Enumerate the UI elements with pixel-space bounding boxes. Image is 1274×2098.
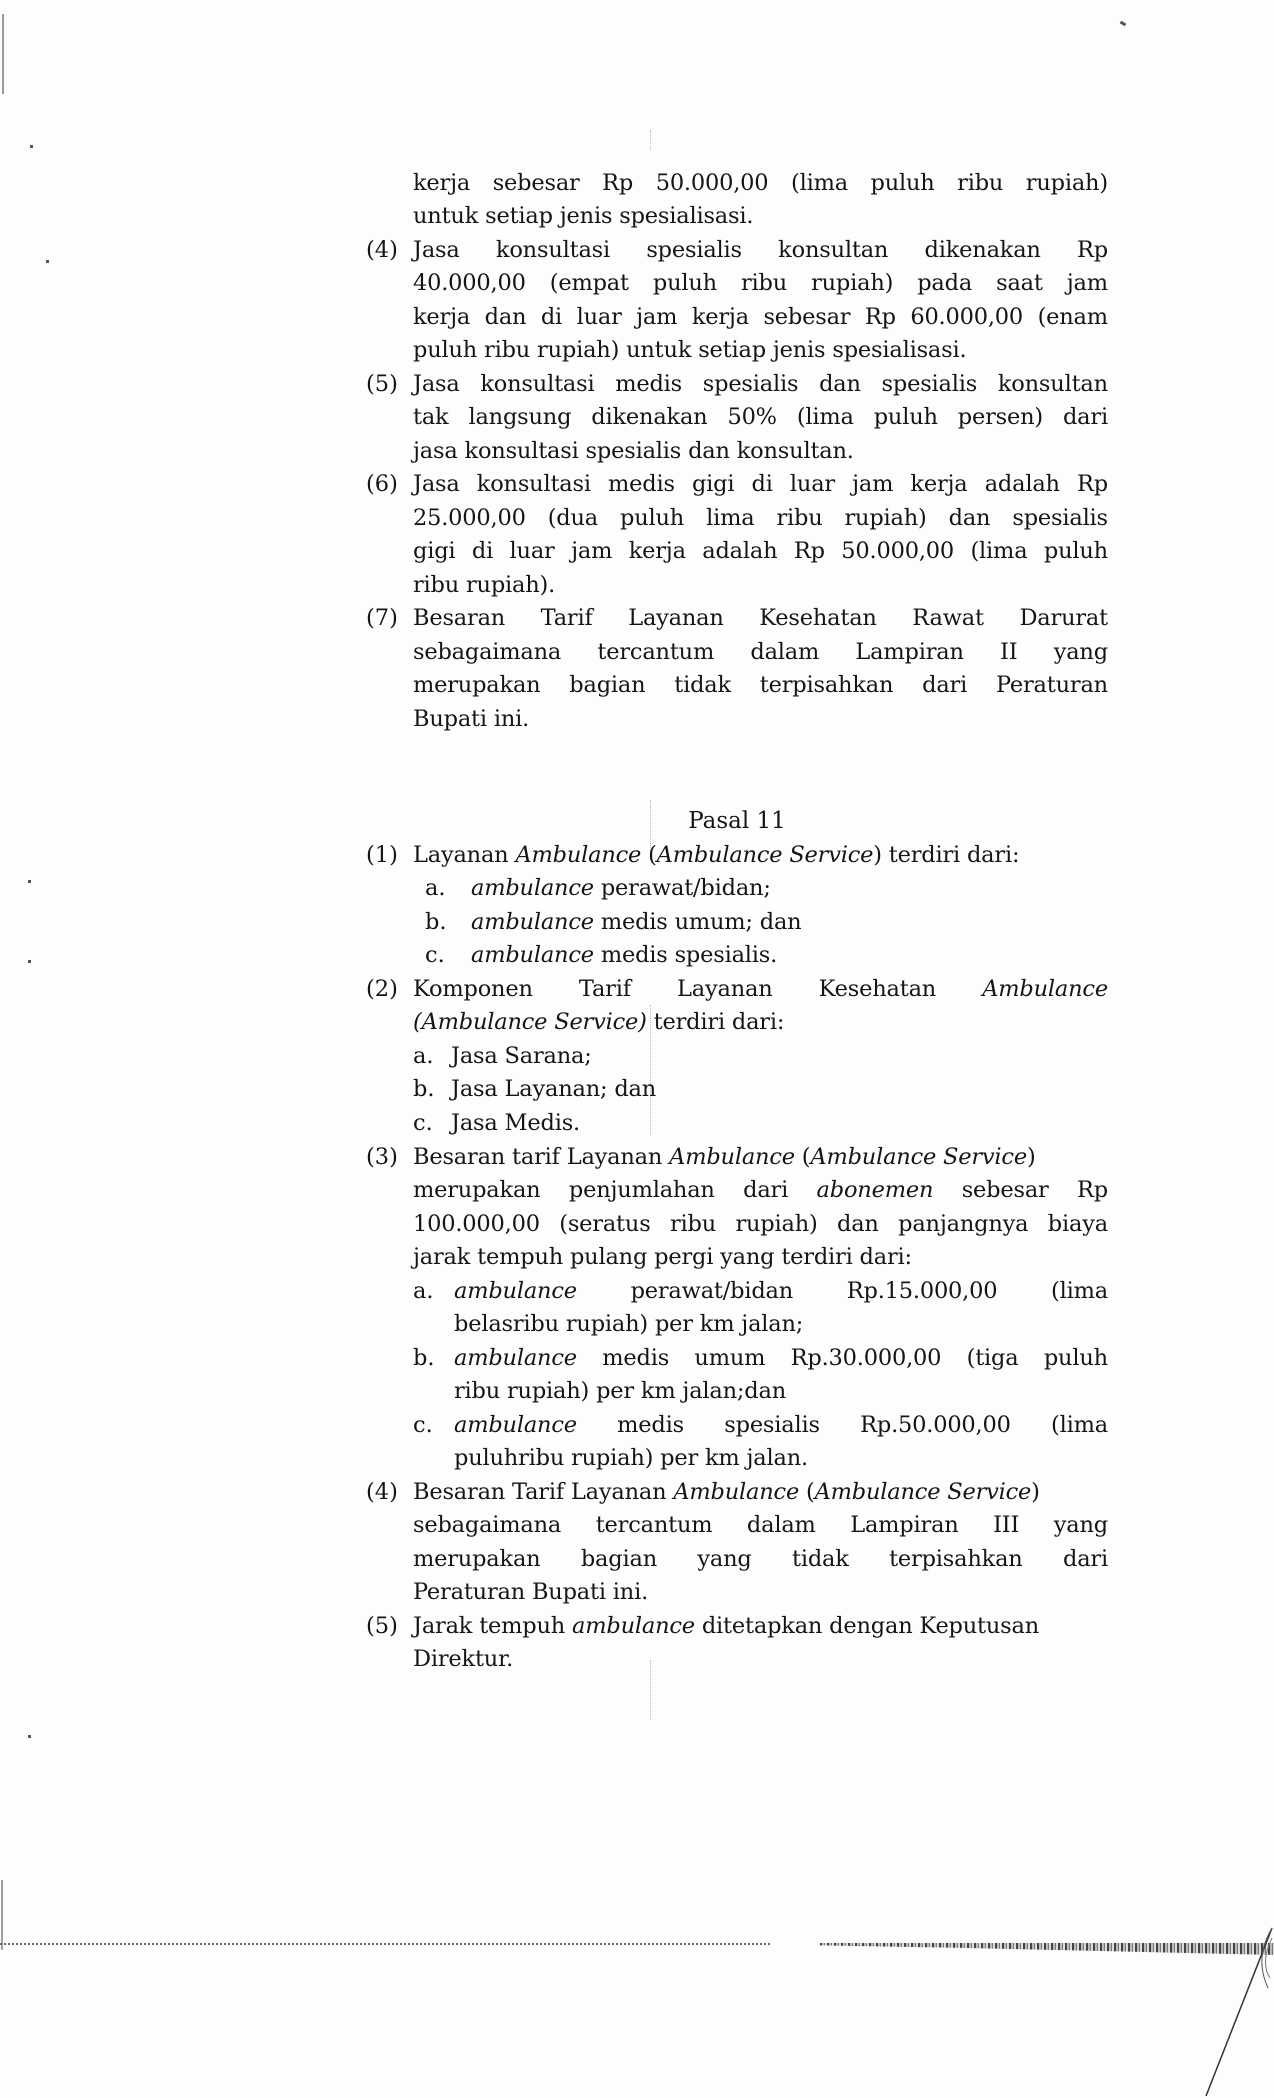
word: medis xyxy=(602,1343,669,1373)
word: panjangnya xyxy=(898,1209,1028,1239)
word: (lima xyxy=(797,402,854,432)
word: merupakan xyxy=(413,1175,540,1205)
word: bagian xyxy=(581,1544,657,1574)
word: di xyxy=(472,536,493,566)
word: dan xyxy=(837,1209,879,1239)
word: terpisahkan xyxy=(760,670,894,700)
list-item: Jasa Sarana; xyxy=(451,1041,592,1071)
word: jam xyxy=(571,536,612,566)
list-marker: b. xyxy=(413,1343,435,1373)
list-marker: c. xyxy=(425,940,445,970)
word: tak xyxy=(413,402,449,432)
word: jam xyxy=(636,302,677,332)
word: lima xyxy=(706,503,754,533)
word: puluh xyxy=(871,168,935,198)
scan-edge-mark xyxy=(2,14,4,94)
word: kerja xyxy=(413,168,470,198)
page-corner-curl xyxy=(1194,1918,1274,2098)
list-item: ambulance perawat/bidan; xyxy=(471,873,771,903)
word: yang xyxy=(1054,637,1108,667)
word: rupiah) xyxy=(1026,168,1108,198)
word: konsultasi xyxy=(496,235,610,265)
word: Jasa xyxy=(413,469,460,499)
scan-speck xyxy=(28,1735,31,1738)
item-number: (1) xyxy=(366,840,398,870)
word: puluh xyxy=(1044,536,1108,566)
word: Rawat xyxy=(912,603,984,633)
word: adalah xyxy=(985,469,1060,499)
text-line: sebagaimanatercantumdalamLampiranIIIyang xyxy=(413,1510,1108,1540)
word: jam xyxy=(852,469,893,499)
word: puluh xyxy=(874,402,938,432)
text-line: Besaran tarif Layanan Ambulance (Ambulan… xyxy=(413,1142,1108,1172)
word: ribu xyxy=(741,268,787,298)
word: 25.000,00 xyxy=(413,503,526,533)
word: Rp xyxy=(1077,235,1108,265)
word: dari xyxy=(1063,1544,1108,1574)
word: spesialis xyxy=(703,369,799,399)
word: Rp xyxy=(1077,469,1108,499)
word: Lampiran xyxy=(850,1510,958,1540)
text-line: kerjadandiluarjamkerjasebesarRp60.000,00… xyxy=(413,302,1108,332)
word: medis xyxy=(608,469,675,499)
item-number: (5) xyxy=(366,369,398,399)
word: (empat xyxy=(550,268,629,298)
word: sebesar xyxy=(763,302,850,332)
word: jam xyxy=(1067,268,1108,298)
text-line: sebagaimanatercantumdalamLampiranIIyang xyxy=(413,637,1108,667)
word: biaya xyxy=(1048,1209,1108,1239)
text-line: 40.000,00(empatpuluhriburupiah)padasaatj… xyxy=(413,268,1108,298)
text-line: 100.000,00(seratusriburupiah)danpanjangn… xyxy=(413,1209,1108,1239)
scanned-page: kerjasebesarRp50.000,00(limapuluhriburup… xyxy=(0,0,1274,2098)
list-item-continuation: belasribu rupiah) per km jalan; xyxy=(454,1309,803,1339)
word: dikenakan xyxy=(591,402,707,432)
word: Rp.50.000,00 xyxy=(860,1410,1011,1440)
word: spesialis xyxy=(724,1410,820,1440)
word: Rp xyxy=(602,168,633,198)
scan-dotted-line xyxy=(650,1660,651,1720)
text-line: Jarak tempuh ambulance ditetapkan dengan… xyxy=(413,1611,1039,1641)
text-line: puluh ribu rupiah) untuk setiap jenis sp… xyxy=(413,335,966,365)
word: ambulance xyxy=(454,1410,577,1440)
list-marker: a. xyxy=(425,873,446,903)
word: rupiah) xyxy=(811,268,893,298)
word: 50.000,00 xyxy=(656,168,769,198)
word: abonemen xyxy=(817,1175,934,1205)
word: sebesar xyxy=(962,1175,1049,1205)
text-line: taklangsungdikenakan50%(limapuluhpersen)… xyxy=(413,402,1108,432)
word: Layanan xyxy=(628,603,723,633)
word: Jasa xyxy=(413,369,460,399)
text-line: jasa konsultasi spesialis dan konsultan. xyxy=(413,436,854,466)
text-line: Layanan Ambulance (Ambulance Service) te… xyxy=(413,840,1019,870)
text-line: 25.000,00(duapuluhlimariburupiah)danspes… xyxy=(413,503,1108,533)
text-line: BesaranTarifLayananKesehatanRawatDarurat xyxy=(413,603,1108,633)
text-line: kerjasebesarRp50.000,00(limapuluhriburup… xyxy=(413,168,1108,198)
word: Jasa xyxy=(413,235,460,265)
list-marker: a. xyxy=(413,1276,434,1306)
word: 50.000,00 xyxy=(841,536,954,566)
item-number: (3) xyxy=(366,1142,398,1172)
word: (seratus xyxy=(559,1209,650,1239)
word: konsultan xyxy=(778,235,888,265)
word: konsultasi xyxy=(477,469,591,499)
word: dalam xyxy=(750,637,819,667)
word: tercantum xyxy=(596,1510,713,1540)
list-item: ambulancemedisumumRp.30.000,00(tigapuluh xyxy=(454,1343,1108,1373)
list-item: Jasa Layanan; dan xyxy=(451,1074,656,1104)
word: dari xyxy=(743,1175,788,1205)
word: luar xyxy=(790,469,835,499)
item-number: (6) xyxy=(366,469,398,499)
word: perawat/bidan xyxy=(631,1276,794,1306)
section-heading: Pasal 11 xyxy=(0,806,1274,836)
word: gigi xyxy=(692,469,734,499)
word: kerja xyxy=(413,302,470,332)
word: Kesehatan xyxy=(759,603,876,633)
word: Tarif xyxy=(579,974,631,1004)
word: (lima xyxy=(1051,1410,1108,1440)
word: spesialis xyxy=(646,235,742,265)
list-marker: c. xyxy=(413,1410,433,1440)
list-marker: a. xyxy=(413,1041,434,1071)
word: ambulance xyxy=(454,1276,577,1306)
text-line: Jasakonsultasispesialiskonsultandikenaka… xyxy=(413,235,1108,265)
word: merupakan xyxy=(413,670,540,700)
word: Rp xyxy=(794,536,825,566)
word: (dua xyxy=(548,503,598,533)
word: penjumlahan xyxy=(569,1175,715,1205)
list-item: Jasa Medis. xyxy=(451,1108,580,1138)
word: dikenakan xyxy=(925,235,1041,265)
word: 40.000,00 xyxy=(413,268,526,298)
word: puluh xyxy=(620,503,684,533)
word: yang xyxy=(697,1544,751,1574)
word: Tarif xyxy=(541,603,593,633)
word: Besaran xyxy=(413,603,505,633)
item-number: (2) xyxy=(366,974,398,1004)
word: Darurat xyxy=(1019,603,1108,633)
word: di xyxy=(541,302,562,332)
word: Ambulance xyxy=(982,974,1108,1004)
text-line: merupakanbagianyangtidakterpisahkandari xyxy=(413,1544,1108,1574)
word: merupakan xyxy=(413,1544,540,1574)
list-item: ambulanceperawat/bidanRp.15.000,00(lima xyxy=(454,1276,1108,1306)
text-line: Jasakonsultasimedisspesialisdanspesialis… xyxy=(413,369,1108,399)
scan-speck xyxy=(28,960,31,963)
word: Komponen xyxy=(413,974,533,1004)
item-number: (7) xyxy=(366,603,398,633)
list-marker: b. xyxy=(413,1074,435,1104)
word: gigi xyxy=(413,536,455,566)
word: dan xyxy=(819,369,861,399)
list-marker: c. xyxy=(413,1108,433,1138)
text-line: Direktur. xyxy=(413,1644,513,1674)
word: rupiah) xyxy=(735,1209,817,1239)
word: tercantum xyxy=(597,637,714,667)
text-line: ribu rupiah). xyxy=(413,570,555,600)
item-number: (5) xyxy=(366,1611,398,1641)
scan-dotted-line xyxy=(650,130,651,150)
word: konsultan xyxy=(998,369,1108,399)
scan-edge-mark xyxy=(1,1880,3,1950)
word: (enam xyxy=(1038,302,1108,332)
word: II xyxy=(1000,637,1017,667)
list-item: ambulance medis umum; dan xyxy=(471,907,801,937)
word: III xyxy=(993,1510,1019,1540)
word: kerja xyxy=(629,536,686,566)
word: tidak xyxy=(792,1544,849,1574)
word: (lima xyxy=(970,536,1027,566)
text-line: Bupati ini. xyxy=(413,704,529,734)
word: kerja xyxy=(910,469,967,499)
word: Rp.15.000,00 xyxy=(847,1276,998,1306)
word: dari xyxy=(1063,402,1108,432)
word: kerja xyxy=(692,302,749,332)
word: Kesehatan xyxy=(819,974,936,1004)
word: konsultasi xyxy=(480,369,594,399)
word: ribu xyxy=(957,168,1003,198)
scan-speck xyxy=(46,260,49,263)
text-line: untuk setiap jenis spesialisasi. xyxy=(413,201,753,231)
word: (lima xyxy=(1051,1276,1108,1306)
text-line: Peraturan Bupati ini. xyxy=(413,1577,648,1607)
list-item-continuation: ribu rupiah) per km jalan;dan xyxy=(454,1376,786,1406)
word: rupiah) xyxy=(844,503,926,533)
word: (tiga xyxy=(967,1343,1019,1373)
word: Layanan xyxy=(677,974,772,1004)
list-marker: b. xyxy=(425,907,447,937)
item-number: (4) xyxy=(366,235,398,265)
scan-speck xyxy=(28,880,31,883)
word: dari xyxy=(922,670,967,700)
word: ribu xyxy=(776,503,822,533)
word: bagian xyxy=(569,670,645,700)
item-number: (4) xyxy=(366,1477,398,1507)
list-item-continuation: puluhribu rupiah) per km jalan. xyxy=(454,1443,808,1473)
text-line: (Ambulance Service) terdiri dari: xyxy=(413,1007,784,1037)
word: puluh xyxy=(653,268,717,298)
word: dalam xyxy=(747,1510,816,1540)
word: sebesar xyxy=(493,168,580,198)
word: spesialis xyxy=(882,369,978,399)
word: Peraturan xyxy=(996,670,1108,700)
word: umum xyxy=(694,1343,765,1373)
word: luar xyxy=(510,536,555,566)
text-line: KomponenTarifLayananKesehatanAmbulance xyxy=(413,974,1108,1004)
word: langsung xyxy=(468,402,571,432)
word: dan xyxy=(949,503,991,533)
word: puluh xyxy=(1044,1343,1108,1373)
word: dan xyxy=(485,302,527,332)
word: ribu xyxy=(670,1209,716,1239)
word: tidak xyxy=(674,670,731,700)
scan-speck xyxy=(30,145,33,148)
word: Lampiran xyxy=(855,637,963,667)
word: sebagaimana xyxy=(413,637,561,667)
word: luar xyxy=(577,302,622,332)
scan-speck xyxy=(1120,21,1127,27)
text-line: Jasakonsultasimedisgigidiluarjamkerjaada… xyxy=(413,469,1108,499)
word: 60.000,00 xyxy=(910,302,1023,332)
word: persen) xyxy=(958,402,1043,432)
word: 100.000,00 xyxy=(413,1209,540,1239)
word: sebagaimana xyxy=(413,1510,561,1540)
word: di xyxy=(752,469,773,499)
word: pada xyxy=(917,268,972,298)
word: Rp.30.000,00 xyxy=(791,1343,942,1373)
scan-fold-line xyxy=(0,1943,770,1949)
word: Rp xyxy=(865,302,896,332)
list-item: ambulancemedisspesialisRp.50.000,00(lima xyxy=(454,1410,1108,1440)
text-line: jarak tempuh pulang pergi yang terdiri d… xyxy=(413,1242,912,1272)
text-line: Besaran Tarif Layanan Ambulance (Ambulan… xyxy=(413,1477,1108,1507)
word: terpisahkan xyxy=(889,1544,1023,1574)
word: medis xyxy=(615,369,682,399)
word: saat xyxy=(996,268,1043,298)
text-line: gigidiluarjamkerjaadalahRp50.000,00(lima… xyxy=(413,536,1108,566)
text-line: merupakanpenjumlahandariabonemensebesarR… xyxy=(413,1175,1108,1205)
text-line: merupakanbagiantidakterpisahkandariPerat… xyxy=(413,670,1108,700)
word: spesialis xyxy=(1012,503,1108,533)
word: yang xyxy=(1054,1510,1108,1540)
word: adalah xyxy=(702,536,777,566)
word: Rp xyxy=(1077,1175,1108,1205)
word: ambulance xyxy=(454,1343,577,1373)
list-item: ambulance medis spesialis. xyxy=(471,940,777,970)
word: 50% xyxy=(727,402,776,432)
word: medis xyxy=(617,1410,684,1440)
word: (lima xyxy=(791,168,848,198)
